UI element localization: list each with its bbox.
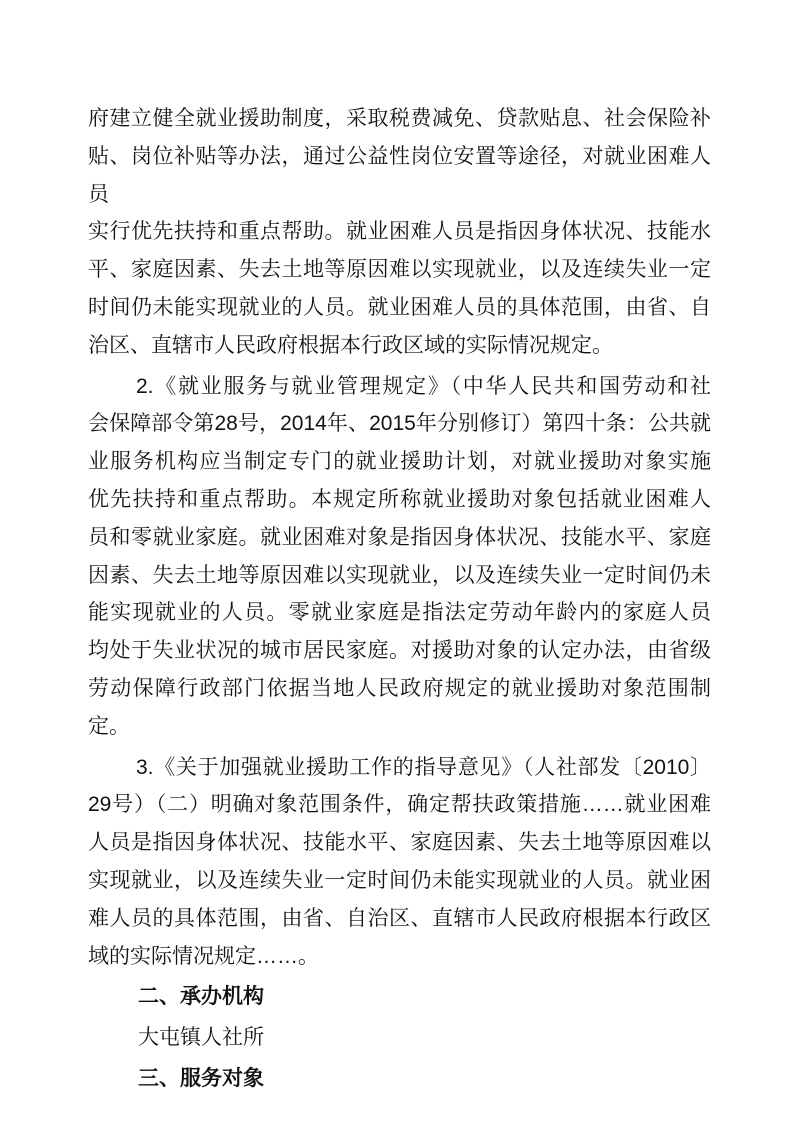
text-line: 因素、失去土地等原因难以实现就业，以及连续失业一定时间仍未 xyxy=(88,557,711,595)
text-line: 难人员的具体范围，由省、自治区、直辖市人民政府根据本行政区 xyxy=(88,900,711,938)
text-line: 二、承办机构 xyxy=(88,978,711,1016)
text-line: 均处于失业状况的城市居民家庭。对援助对象的认定办法，由省级 xyxy=(88,632,711,670)
text-line: 三、服务对象 xyxy=(88,1060,711,1098)
text-line: 能实现就业的人员。零就业家庭是指法定劳动年龄内的家庭人员 xyxy=(88,594,711,632)
text-line: 3.《关于加强就业援助工作的指导意见》（人社部发〔2010〕 xyxy=(88,749,711,787)
text-line: 贴、岗位补贴等办法，通过公益性岗位安置等途径，对就业困难人员 xyxy=(88,138,711,214)
paragraph: 大屯镇人社所 xyxy=(88,1019,711,1057)
text-line: 人员是指因身体状况、技能水平、家庭因素、失去土地等原因难以 xyxy=(88,824,711,862)
text-line: 29号）（二）明确对象范围条件，确定帮扶政策措施……就业困难 xyxy=(88,786,711,824)
text-line: 2.《就业服务与就业管理规定》（中华人民共和国劳动和社 xyxy=(88,368,711,406)
text-line: 时间仍未能实现就业的人员。就业困难人员的具体范围，由省、自 xyxy=(88,289,711,327)
document-page: 府建立健全就业援助制度，采取税费减免、贷款贴息、社会保险补贴、岗位补贴等办法，通… xyxy=(0,0,793,1122)
text-line: 平、家庭因素、失去土地等原因难以实现就业，以及连续失业一定 xyxy=(88,251,711,289)
text-line: 治区、直辖市人民政府根据本行政区域的实际情况规定。 xyxy=(88,327,711,365)
paragraph: 3.《关于加强就业援助工作的指导意见》（人社部发〔2010〕29号）（二）明确对… xyxy=(88,749,711,976)
paragraph: 2.《就业服务与就业管理规定》（中华人民共和国劳动和社会保障部令第28号，201… xyxy=(88,368,711,746)
text-line: 域的实际情况规定……。 xyxy=(88,938,711,976)
text-line: 大屯镇人社所 xyxy=(88,1019,711,1057)
text-line: 实现就业，以及连续失业一定时间仍未能实现就业的人员。就业困 xyxy=(88,862,711,900)
document-body: 府建立健全就业援助制度，采取税费减免、贷款贴息、社会保险补贴、岗位补贴等办法，通… xyxy=(88,100,711,1098)
text-line: 员和零就业家庭。就业困难对象是指因身体状况、技能水平、家庭 xyxy=(88,519,711,557)
text-line: 优先扶持和重点帮助。本规定所称就业援助对象包括就业困难人 xyxy=(88,481,711,519)
text-line: 实行优先扶持和重点帮助。就业困难人员是指因身体状况、技能水 xyxy=(88,213,711,251)
section-heading: 三、服务对象 xyxy=(88,1060,711,1098)
text-line: 定。 xyxy=(88,708,711,746)
text-line: 业服务机构应当制定专门的就业援助计划，对就业援助对象实施 xyxy=(88,443,711,481)
text-line: 府建立健全就业援助制度，采取税费减免、贷款贴息、社会保险补 xyxy=(88,100,711,138)
text-line: 会保障部令第28号，2014年、2015年分别修订）第四十条：公共就 xyxy=(88,405,711,443)
paragraph: 府建立健全就业援助制度，采取税费减免、贷款贴息、社会保险补贴、岗位补贴等办法，通… xyxy=(88,100,711,365)
text-line: 劳动保障行政部门依据当地人民政府规定的就业援助对象范围制 xyxy=(88,670,711,708)
section-heading: 二、承办机构 xyxy=(88,978,711,1016)
